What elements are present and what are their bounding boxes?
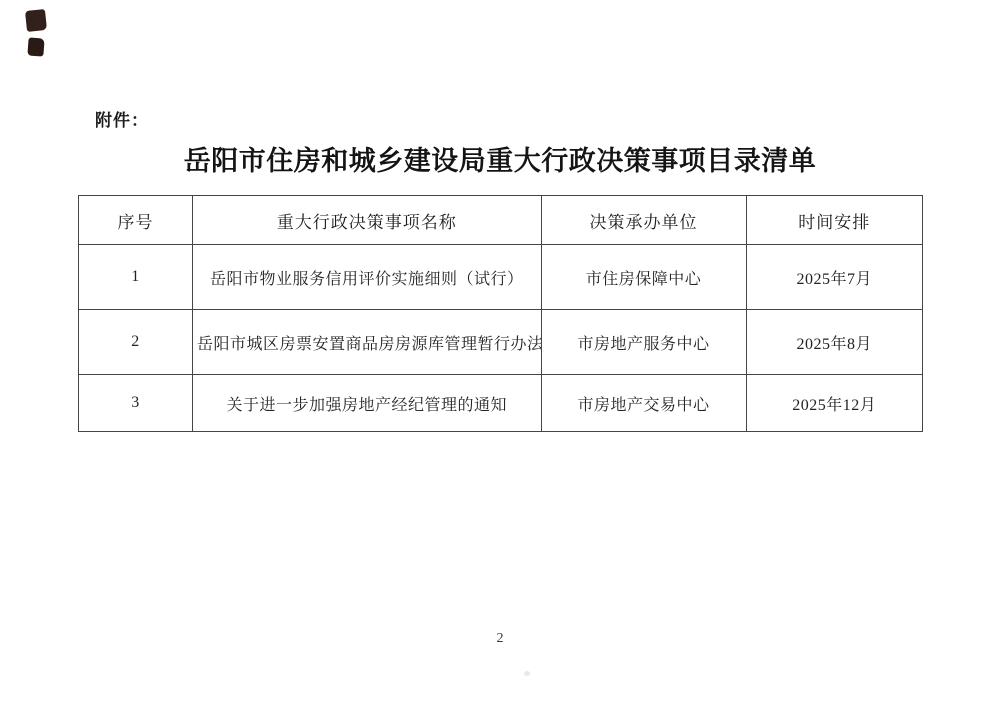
scan-mark-bottom — [27, 37, 44, 56]
row3-undertaking-unit: 市房地产交易中心 — [541, 375, 746, 432]
row1-time-arrangement: 2025年7月 — [746, 245, 922, 310]
table-row: 1 岳阳市物业服务信用评价实施细则（试行） 市住房保障中心 2025年7月 — [79, 245, 923, 310]
scan-mark-top — [25, 9, 47, 32]
row3-item-name: 关于进一步加强房地产经纪管理的通知 — [192, 375, 541, 432]
row2-serial-number: 2 — [79, 310, 193, 375]
row2-undertaking-unit: 市房地产服务中心 — [541, 310, 746, 375]
scan-speck — [524, 671, 530, 676]
table-row: 3 关于进一步加强房地产经纪管理的通知 市房地产交易中心 2025年12月 — [79, 375, 923, 432]
header-time-arrangement: 时间安排 — [746, 196, 922, 245]
table-row: 2 岳阳市城区房票安置商品房房源库管理暂行办法 市房地产服务中心 2025年8月 — [79, 310, 923, 375]
row2-time-arrangement: 2025年8月 — [746, 310, 922, 375]
document-title: 岳阳市住房和城乡建设局重大行政决策事项目录清单 — [0, 139, 1000, 178]
row2-item-name: 岳阳市城区房票安置商品房房源库管理暂行办法 — [192, 310, 541, 375]
row1-serial-number: 1 — [79, 245, 193, 310]
row1-undertaking-unit: 市住房保障中心 — [541, 245, 746, 310]
table-header-row: 序号 重大行政决策事项名称 决策承办单位 时间安排 — [79, 196, 923, 245]
decision-items-table: 序号 重大行政决策事项名称 决策承办单位 时间安排 1 岳阳市物业服务信用评价实… — [78, 195, 923, 432]
attachment-label: 附件： — [95, 106, 149, 131]
row3-time-arrangement: 2025年12月 — [746, 375, 922, 432]
header-serial-number: 序号 — [79, 196, 193, 245]
header-item-name: 重大行政决策事项名称 — [192, 196, 541, 245]
page-number: 2 — [0, 631, 1000, 647]
row3-serial-number: 3 — [79, 375, 193, 432]
header-undertaking-unit: 决策承办单位 — [541, 196, 746, 245]
row1-item-name: 岳阳市物业服务信用评价实施细则（试行） — [192, 245, 541, 310]
